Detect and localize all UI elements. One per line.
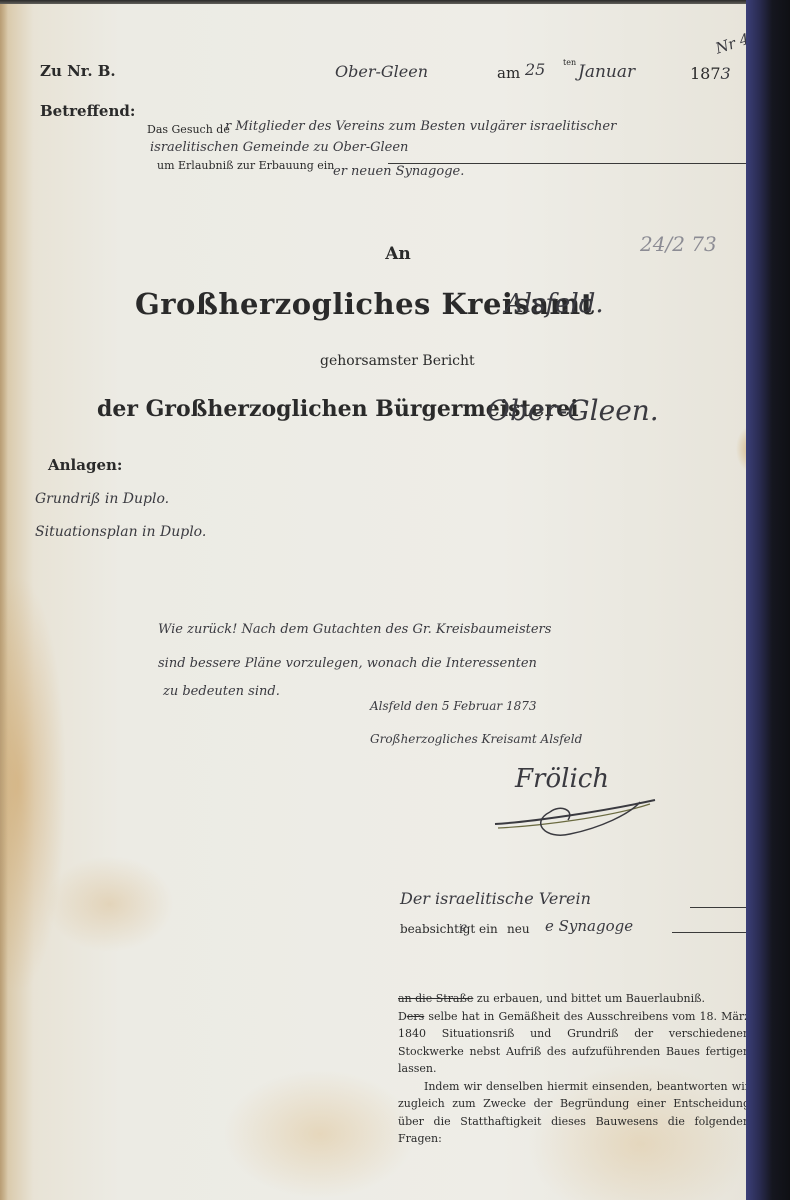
year: 1873 <box>690 64 731 83</box>
month-handwritten: Januar <box>578 62 635 82</box>
year-printed: 187 <box>690 64 721 83</box>
day-handwritten: 25 <box>525 60 545 79</box>
neu-label: neu <box>507 922 530 936</box>
return-note-line: Wie zurück! Nach dem Gutachten des Gr. K… <box>158 622 551 637</box>
gesuch-handwritten-line2: israelitischen Gemeinde zu Ober-Gleen <box>150 140 408 155</box>
gesuch-label: Das Gesuch de <box>147 123 230 136</box>
return-note-place-date: Alsfeld den 5 Februar 1873 <box>370 699 536 713</box>
day-suffix: ten <box>563 58 576 67</box>
paragraph-3: Indem wir denselben hiermit einsenden, b… <box>398 1078 750 1148</box>
paper-stain-edge <box>0 4 8 1200</box>
buergermeisterei-handwritten: Ober-Gleen. <box>487 394 659 427</box>
der-handwritten: Der israelitische Verein <box>400 889 591 908</box>
anlagen-label: Anlagen: <box>48 456 122 474</box>
an-label: An <box>378 244 418 264</box>
paragraph-1: an die Straße zu erbauen, und bittet um … <box>398 990 750 1008</box>
neu-handwritten: e Synagoge <box>545 917 633 935</box>
pencil-note: 24/2 73 <box>640 232 717 256</box>
zu-nr-label: Zu Nr. B. <box>40 62 116 80</box>
struck-text: ers <box>407 1010 424 1023</box>
enclosure-item: Grundriß in Duplo. <box>35 491 169 507</box>
struck-text: an die Straße <box>398 992 473 1005</box>
subject-underline <box>388 163 773 164</box>
erlaubnis-label: um Erlaubniß zur Erbauung ein <box>157 159 334 172</box>
am-label: am <box>497 64 520 82</box>
beabsichtigt-label: beabsichtigt ein <box>400 922 498 936</box>
paragraph-2: Ders selbe hat in Gemäßheit des Ausschre… <box>398 1008 750 1078</box>
kreisamt-handwritten: Alsfeld. <box>505 289 604 319</box>
return-note-office: Großherzogliches Kreisamt Alsfeld <box>370 732 582 746</box>
bericht-label: gehorsamster Bericht <box>320 353 475 369</box>
place-handwritten: Ober-Gleen <box>335 62 428 81</box>
return-note-line: zu bedeuten sind. <box>163 684 280 699</box>
gesuch-handwritten-line1: r Mitglieder des Vereins zum Besten vulg… <box>225 119 616 134</box>
betreffend-label: Betreffend: <box>40 102 135 120</box>
ein-handwritten: e <box>460 920 467 934</box>
year-handwritten-digit: 3 <box>721 64 731 83</box>
signature-flourish-icon <box>490 792 660 842</box>
form-body-text: an die Straße zu erbauen, und bittet um … <box>398 990 750 1148</box>
return-note-line: sind bessere Pläne vorzulegen, wonach di… <box>158 656 537 671</box>
document-page: Zu Nr. B. Ober-Gleen am 25 ten Januar 18… <box>0 4 752 1200</box>
neu-underline <box>672 932 752 933</box>
enclosure-item: Situationsplan in Duplo. <box>35 524 206 540</box>
frame-right-edge <box>746 0 790 1200</box>
erlaubnis-handwritten: er neuen Synagoge. <box>333 164 464 179</box>
der-underline <box>690 907 752 908</box>
signature: Frölich <box>515 764 609 794</box>
